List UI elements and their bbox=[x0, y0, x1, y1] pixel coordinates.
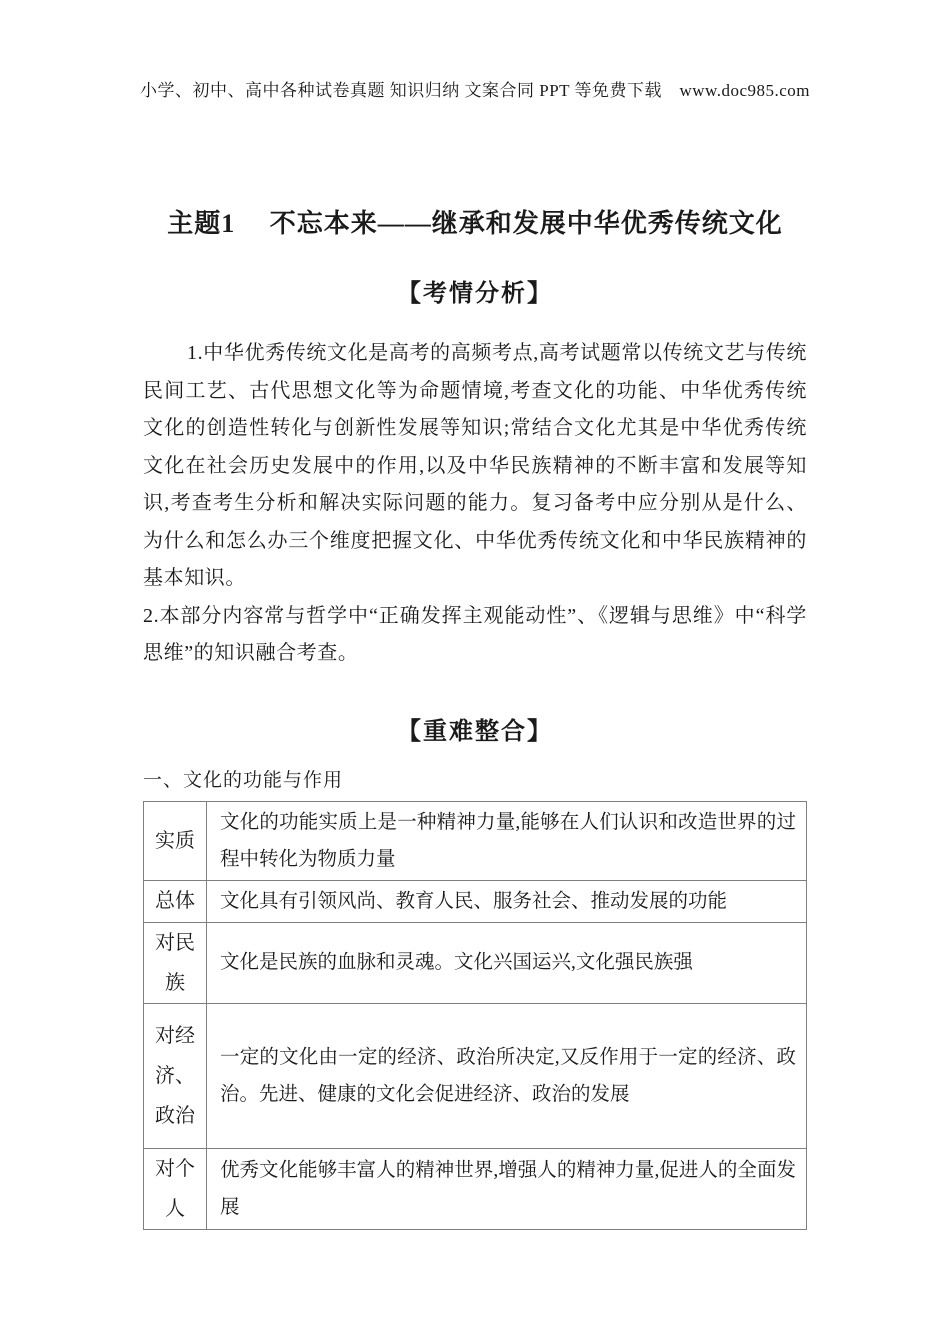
document-body: 主题1 不忘本来——继承和发展中华优秀传统文化 【考情分析】 1.中华优秀传统文… bbox=[143, 207, 807, 1230]
table-row: 总体 文化具有引领风尚、教育人民、服务社会、推动发展的功能 bbox=[144, 880, 807, 922]
row-content: 文化的功能实质上是一种精神力量,能够在人们认识和改造世界的过程中转化为物质力量 bbox=[207, 801, 807, 880]
row-label: 总体 bbox=[144, 880, 207, 922]
table-row: 对民族 文化是民族的血脉和灵魂。文化兴国运兴,文化强民族强 bbox=[144, 922, 807, 1003]
section-heading-key-integration: 【重难整合】 bbox=[143, 715, 807, 749]
page-title: 主题1 不忘本来——继承和发展中华优秀传统文化 bbox=[143, 207, 807, 241]
table-row: 实质 文化的功能实质上是一种精神力量,能够在人们认识和改造世界的过程中转化为物质… bbox=[144, 801, 807, 880]
row-content: 一定的文化由一定的经济、政治所决定,又反作用于一定的经济、政治。先进、健康的文化… bbox=[207, 1003, 807, 1148]
row-label: 对个人 bbox=[144, 1148, 207, 1229]
row-content: 文化具有引领风尚、教育人民、服务社会、推动发展的功能 bbox=[207, 880, 807, 922]
table-row: 对个人 优秀文化能够丰富人的精神世界,增强人的精神力量,促进人的全面发展 bbox=[144, 1148, 807, 1229]
table-row: 对经济、政治 一定的文化由一定的经济、政治所决定,又反作用于一定的经济、政治。先… bbox=[144, 1003, 807, 1148]
row-label: 实质 bbox=[144, 801, 207, 880]
row-content: 文化是民族的血脉和灵魂。文化兴国运兴,文化强民族强 bbox=[207, 922, 807, 1003]
row-content: 优秀文化能够丰富人的精神世界,增强人的精神力量,促进人的全面发展 bbox=[207, 1148, 807, 1229]
row-label: 对民族 bbox=[144, 922, 207, 1003]
exam-analysis-paragraph-1: 1.中华优秀传统文化是高考的高频考点,高考试题常以传统文艺与传统民间工艺、古代思… bbox=[143, 335, 807, 598]
culture-functions-table: 实质 文化的功能实质上是一种精神力量,能够在人们认识和改造世界的过程中转化为物质… bbox=[143, 801, 807, 1230]
exam-analysis-paragraph-2: 2.本部分内容常与哲学中“正确发挥主观能动性”、《逻辑与思维》中“科学思维”的知… bbox=[143, 598, 807, 673]
table-caption: 一、文化的功能与作用 bbox=[143, 768, 807, 794]
watermark-header: 小学、初中、高中各种试卷真题 知识归纳 文案合同 PPT 等免费下载 www.d… bbox=[0, 0, 950, 101]
document-page: 小学、初中、高中各种试卷真题 知识归纳 文案合同 PPT 等免费下载 www.d… bbox=[0, 0, 950, 1230]
row-label: 对经济、政治 bbox=[144, 1003, 207, 1148]
section-heading-exam-analysis: 【考情分析】 bbox=[143, 277, 807, 311]
